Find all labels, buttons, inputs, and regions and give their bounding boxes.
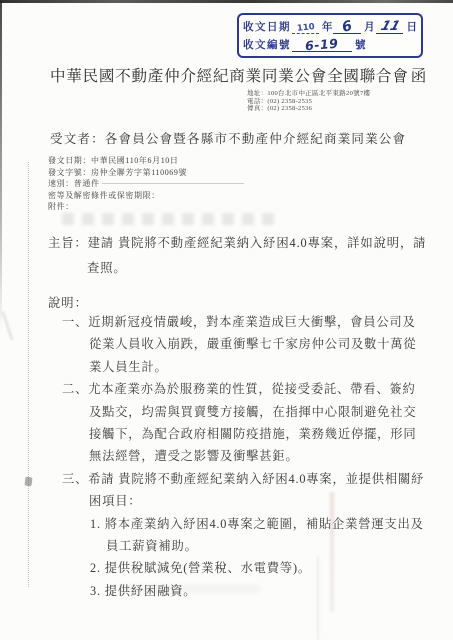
list-item-1: 一、近期新冠疫情嚴峻，對本產業造成巨大衝擊，會員公司及從業人員收入崩跌，嚴重衝擊…: [62, 311, 425, 378]
subject-text: 建請 貴院將不動產經紀業納入紓困4.0專案，詳如說明，請查照。: [87, 236, 426, 275]
sub-item-2: 2. 提供稅賦減免(營業稅、水電費等)。: [90, 557, 425, 579]
speed-line: 速別：普通件: [48, 178, 244, 190]
issue-date-line: 發文日期：中華民國110年6月10日: [48, 155, 244, 167]
sub-list: 1. 將本產業納入紓困4.0專案之範圍，補貼企業營運支出及員工薪資補助。 2. …: [90, 513, 425, 603]
margin-fold-line: [28, 162, 29, 587]
received-number-unit: 號: [355, 37, 366, 52]
subject-label: 主旨：: [48, 236, 88, 250]
sub-item-number: 2.: [90, 561, 101, 575]
org-name: 中華民國不動產仲介經紀商業同業公會全國聯合會: [50, 64, 409, 86]
attachment-text: 附件：: [48, 202, 74, 211]
security-text: 密等及解密條件或保密期限：: [48, 191, 160, 200]
item-text: 希請 貴院將不動產經紀業納入紓困4.0專案，並提供相關紓困項目：: [88, 472, 424, 508]
scan-top-edge: [0, 0, 453, 3]
received-number-field: 6-19: [292, 38, 352, 52]
received-year-stamp: 110: [296, 21, 315, 35]
speed-rule: [102, 182, 244, 184]
received-month-field: 6: [333, 20, 361, 34]
sub-item-number: 1.: [90, 517, 101, 531]
sub-item-1: 1. 將本產業納入紓困4.0專案之範圍，補貼企業營運支出及員工薪資補助。: [90, 513, 425, 558]
received-day-unit: 日: [406, 19, 417, 34]
item-number: 三、: [62, 472, 88, 486]
doc-number-text: 發文字號：房仲全聯芳字第110069號: [48, 168, 187, 177]
received-day-field: 11: [376, 20, 404, 34]
sub-item-text: 提供紓困融資。: [105, 584, 197, 598]
received-stamp-box: 收文日期 110 年 6 月 11 日 收文編號 6-19 號: [237, 13, 423, 58]
sub-item-text: 提供稅賦減免(營業稅、水電費等)。: [105, 561, 311, 575]
address-line: 地址：100台北市中正區北平東路20號7樓: [247, 90, 370, 98]
speed-text: 速別：普通件: [48, 179, 100, 188]
recipient-line: 受文者：各會員公會暨各縣市不動產仲介經紀商業同業公會: [50, 129, 406, 147]
pencil-mark: [2, 306, 30, 341]
list-item-2: 二、尤本產業亦為於服務業的性質，從接受委託、帶看、簽約及點交，均需與買賣雙方接觸…: [62, 378, 425, 468]
received-number-row: 收文編號 6-19 號: [243, 37, 417, 52]
received-month-unit: 月: [364, 19, 375, 34]
fax-line: 傳真：(02) 2358-2536: [247, 105, 370, 113]
sub-item-3: 3. 提供紓困融資。: [90, 580, 425, 602]
ink-bleed-smudge: [62, 213, 277, 225]
received-date-row: 收文日期 110 年 6 月 11 日: [243, 19, 417, 34]
received-number-value: 6-19: [305, 38, 339, 53]
doc-type: 函: [411, 64, 427, 86]
received-year-unit: 年: [322, 19, 333, 34]
item-number: 一、: [62, 315, 88, 329]
fold-mark: [24, 477, 32, 487]
document-title: 中華民國不動產仲介經紀商業同業公會全國聯合會 函: [50, 64, 427, 86]
item-text: 尤本產業亦為於服務業的性質，從接受委託、帶看、簽約及點交，均需與買賣雙方接觸，在…: [88, 382, 416, 463]
meta-block: 發文日期：中華民國110年6月10日 發文字號：房仲全聯芳字第110069號 速…: [48, 155, 244, 213]
list-item-3: 三、希請 貴院將不動產經紀業納入紓困4.0專案，並提供相關紓困項目：: [62, 468, 425, 513]
received-date-label: 收文日期: [243, 19, 291, 34]
doc-number-line: 發文字號：房仲全聯芳字第110069號: [48, 167, 244, 179]
received-day-value: 11: [379, 21, 401, 33]
contact-block: 地址：100台北市中正區北平東路20號7樓 電話：(02) 2358-2535 …: [247, 90, 370, 113]
received-month-value: 6: [341, 20, 353, 34]
item-text: 近期新冠疫情嚴峻，對本產業造成巨大衝擊，會員公司及從業人員收入崩跌，嚴重衝擊七千…: [88, 315, 416, 374]
sub-item-text: 將本產業納入紓困4.0專案之範圍，補貼企業營運支出及員工薪資補助。: [105, 517, 424, 553]
subject-block: 主旨：建請 貴院將不動產經紀業納入紓困4.0專案，詳如說明，請查照。: [48, 231, 428, 281]
security-line: 密等及解密條件或保密期限：: [48, 190, 244, 202]
body-list: 一、近期新冠疫情嚴峻，對本產業造成巨大衝擊，會員公司及從業人員收入崩跌，嚴重衝擊…: [62, 311, 425, 602]
sub-item-number: 3.: [90, 584, 101, 598]
scanned-official-letter: 收文日期 110 年 6 月 11 日 收文編號 6-19 號 中華民國不動產仲…: [0, 0, 453, 640]
item-number: 二、: [62, 382, 88, 396]
received-year-field: 110: [292, 20, 319, 34]
explanation-label: 說明：: [48, 293, 88, 311]
attachment-line: 附件：: [48, 201, 244, 213]
received-number-label: 收文編號: [243, 37, 291, 52]
scan-left-edge: [0, 0, 2, 330]
issue-date-text: 發文日期：中華民國110年6月10日: [48, 156, 179, 165]
